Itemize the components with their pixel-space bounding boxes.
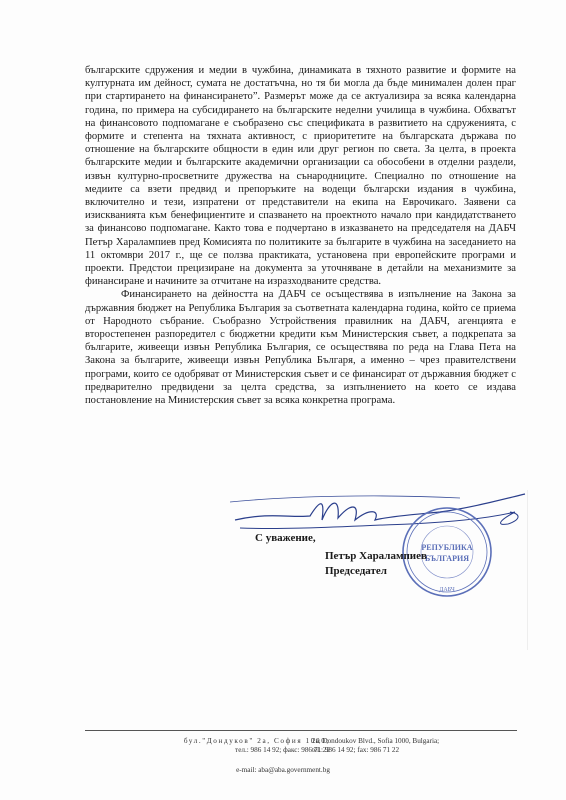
- signer-name: Петър Харалампиев: [325, 550, 427, 562]
- signer-title: Председател: [325, 565, 387, 577]
- closing-salutation: С уважение,: [255, 532, 316, 544]
- stamp-line-2: БЪЛГАРИЯ: [425, 554, 469, 563]
- document-page: българските сдружения и медии в чужбина,…: [0, 0, 566, 800]
- footer-bulgarian-contact: бул."Дондуков" 2а, София 1000; тел.: 986…: [130, 737, 330, 755]
- footer-email[interactable]: e-mail: aba@aba.government.bg: [0, 766, 566, 774]
- paragraph-1: българските сдружения и медии в чужбина,…: [85, 64, 516, 288]
- paragraph-2: Финансирането на дейността на ДАБЧ се ос…: [85, 288, 516, 407]
- footer-english-contact: 2a, Dondoukov Blvd., Sofia 1000, Bulgari…: [312, 737, 522, 755]
- footer-divider: [85, 730, 517, 731]
- stamp-line-1: РЕПУБЛИКА: [421, 543, 472, 552]
- footer-bg-address: бул."Дондуков" 2а, София 1000;: [130, 737, 330, 746]
- footer-en-phone: tel.: 986 14 92; fax: 986 71 22: [312, 746, 522, 755]
- footer-bg-phone: тел.: 986 14 92; факс: 986 71 22: [130, 746, 330, 755]
- stamp-bottom: ДАБЧ: [439, 587, 455, 593]
- letter-body: българските сдружения и медии в чужбина,…: [85, 64, 516, 407]
- footer-en-address: 2a, Dondoukov Blvd., Sofia 1000, Bulgari…: [312, 737, 522, 746]
